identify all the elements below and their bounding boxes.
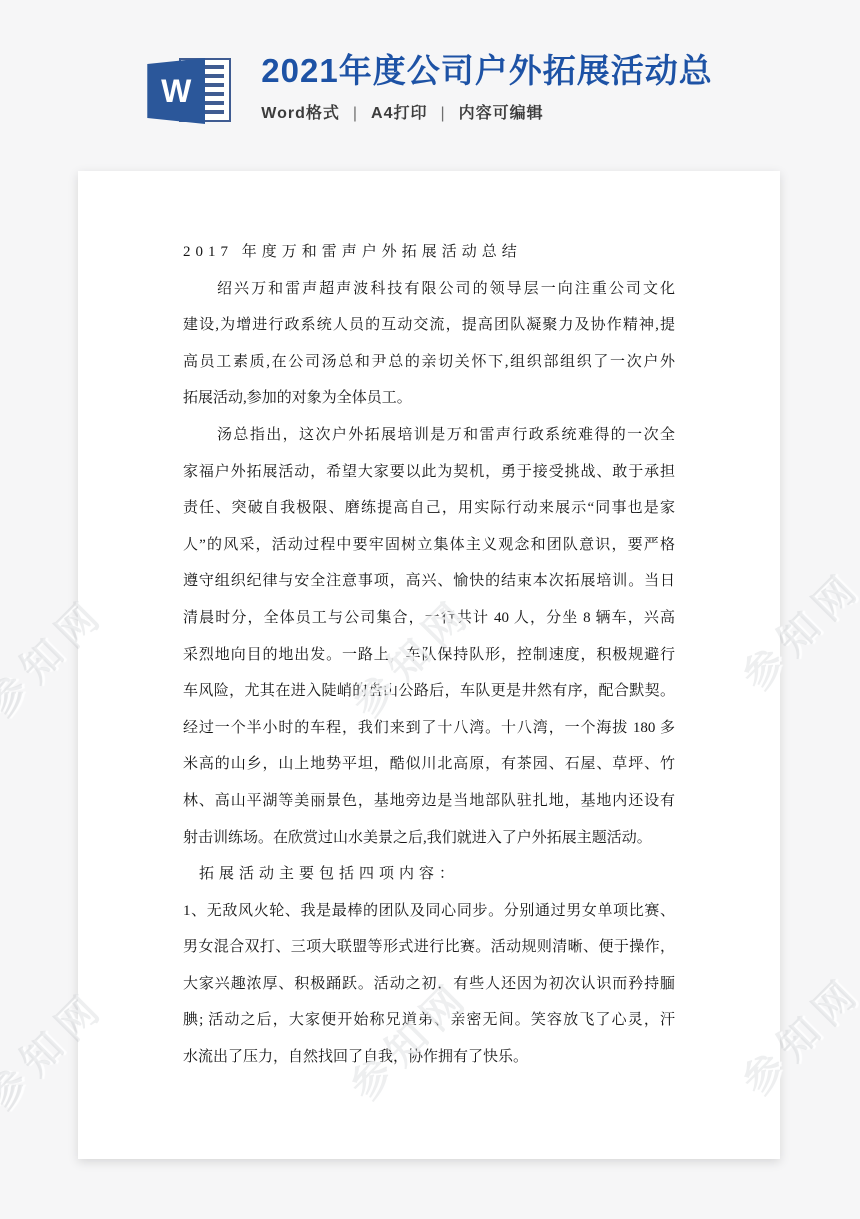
word-icon-letter: W	[161, 73, 191, 110]
doc-text-line: 建设,为增进行政系统人员的互动交流，提高团队凝聚力及协作精神,提	[183, 307, 675, 344]
meta-format-label: Word格式	[261, 105, 340, 122]
doc-text-line: 男女混合双打、三项大联盟等形式进行比赛。活动规则清晰、便于操作，	[183, 929, 675, 966]
doc-text-line: 汤总指出，这次户外拓展培训是万和雷声行政系统难得的一次全	[183, 417, 675, 454]
doc-text-line: 绍兴万和雷声超声波科技有限公司的领导层一向注重公司文化	[183, 271, 675, 308]
meta-print-label: A4打印	[371, 105, 427, 122]
doc-text-line: 采烈地向目的地出发。一路上，车队保持队形，控制速度，积极规避行	[183, 637, 675, 674]
word-icon-panel: W	[147, 58, 205, 124]
doc-text-line: 经过一个半小时的车程，我们来到了十八湾。十八湾，一个海拔 180 多	[183, 710, 675, 747]
doc-text-line: 腆; 活动之后，大家便开始称兄道弟、亲密无间。笑容放飞了心灵，汗	[183, 1002, 675, 1039]
meta-separator-icon: |	[353, 105, 358, 122]
page-title: 2021年度公司户外拓展活动总	[261, 52, 712, 90]
doc-text-line: 射击训练场。在欣赏过山水美景之后,我们就进入了户外拓展主题活动。	[183, 820, 675, 857]
doc-text-line: 责任、突破自我极限、磨练提高自己，用实际行动来展示“同事也是家	[183, 490, 675, 527]
doc-text-line: 车风险，尤其在进入陡峭的盘山公路后，车队更是井然有序，配合默契。	[183, 673, 675, 710]
doc-text-line: 拓展活动,参加的对象为全体员工。	[183, 380, 675, 417]
word-icon: W	[147, 52, 235, 130]
document-header: W 2021年度公司户外拓展活动总 Word格式|A4打印|内容可编辑	[0, 52, 860, 130]
doc-text-line: 米高的山乡，山上地势平坦，酷似川北高原，有茶园、石屋、草坪、竹	[183, 746, 675, 783]
doc-text-line: 大家兴趣浓厚、积极踊跃。活动之初，有些人还因为初次认识而矜持腼	[183, 966, 675, 1003]
document-meta: Word格式|A4打印|内容可编辑	[261, 100, 712, 123]
doc-text-line: 拓展活动主要包括四项内容：	[183, 856, 675, 893]
document-sheet: 2017 年度万和雷声户外拓展活动总结绍兴万和雷声超声波科技有限公司的领导层一向…	[78, 171, 780, 1159]
doc-text-line: 水流出了压力，自然找回了自我，协作拥有了快乐。	[183, 1039, 675, 1076]
header-text-block: 2021年度公司户外拓展活动总 Word格式|A4打印|内容可编辑	[261, 52, 712, 123]
doc-text-line: 遵守组织纪律与安全注意事项，高兴、愉快的结束本次拓展培训。当日	[183, 563, 675, 600]
doc-text-line: 清晨时分，全体员工与公司集合，一行共计 40 人，分坐 8 辆车，兴高	[183, 600, 675, 637]
meta-editable-label: 内容可编辑	[459, 105, 544, 122]
doc-text-line: 家福户外拓展活动，希望大家要以此为契机，勇于接受挑战、敢于承担	[183, 454, 675, 491]
document-body: 2017 年度万和雷声户外拓展活动总结绍兴万和雷声超声波科技有限公司的领导层一向…	[78, 171, 780, 1076]
doc-text-line: 2017 年度万和雷声户外拓展活动总结	[183, 234, 675, 271]
doc-text-line: 林、高山平湖等美丽景色，基地旁边是当地部队驻扎地，基地内还设有	[183, 783, 675, 820]
page-background: W 2021年度公司户外拓展活动总 Word格式|A4打印|内容可编辑 2017…	[0, 0, 860, 1219]
doc-text-line: 高员工素质,在公司汤总和尹总的亲切关怀下,组织部组织了一次户外	[183, 344, 675, 381]
doc-text-line: 1、无敌风火轮、我是最棒的团队及同心同步。分别通过男女单项比赛、	[183, 893, 675, 930]
doc-text-line: 人”的风采，活动过程中要牢固树立集体主义观念和团队意识，要严格	[183, 527, 675, 564]
meta-separator-icon: |	[441, 105, 446, 122]
